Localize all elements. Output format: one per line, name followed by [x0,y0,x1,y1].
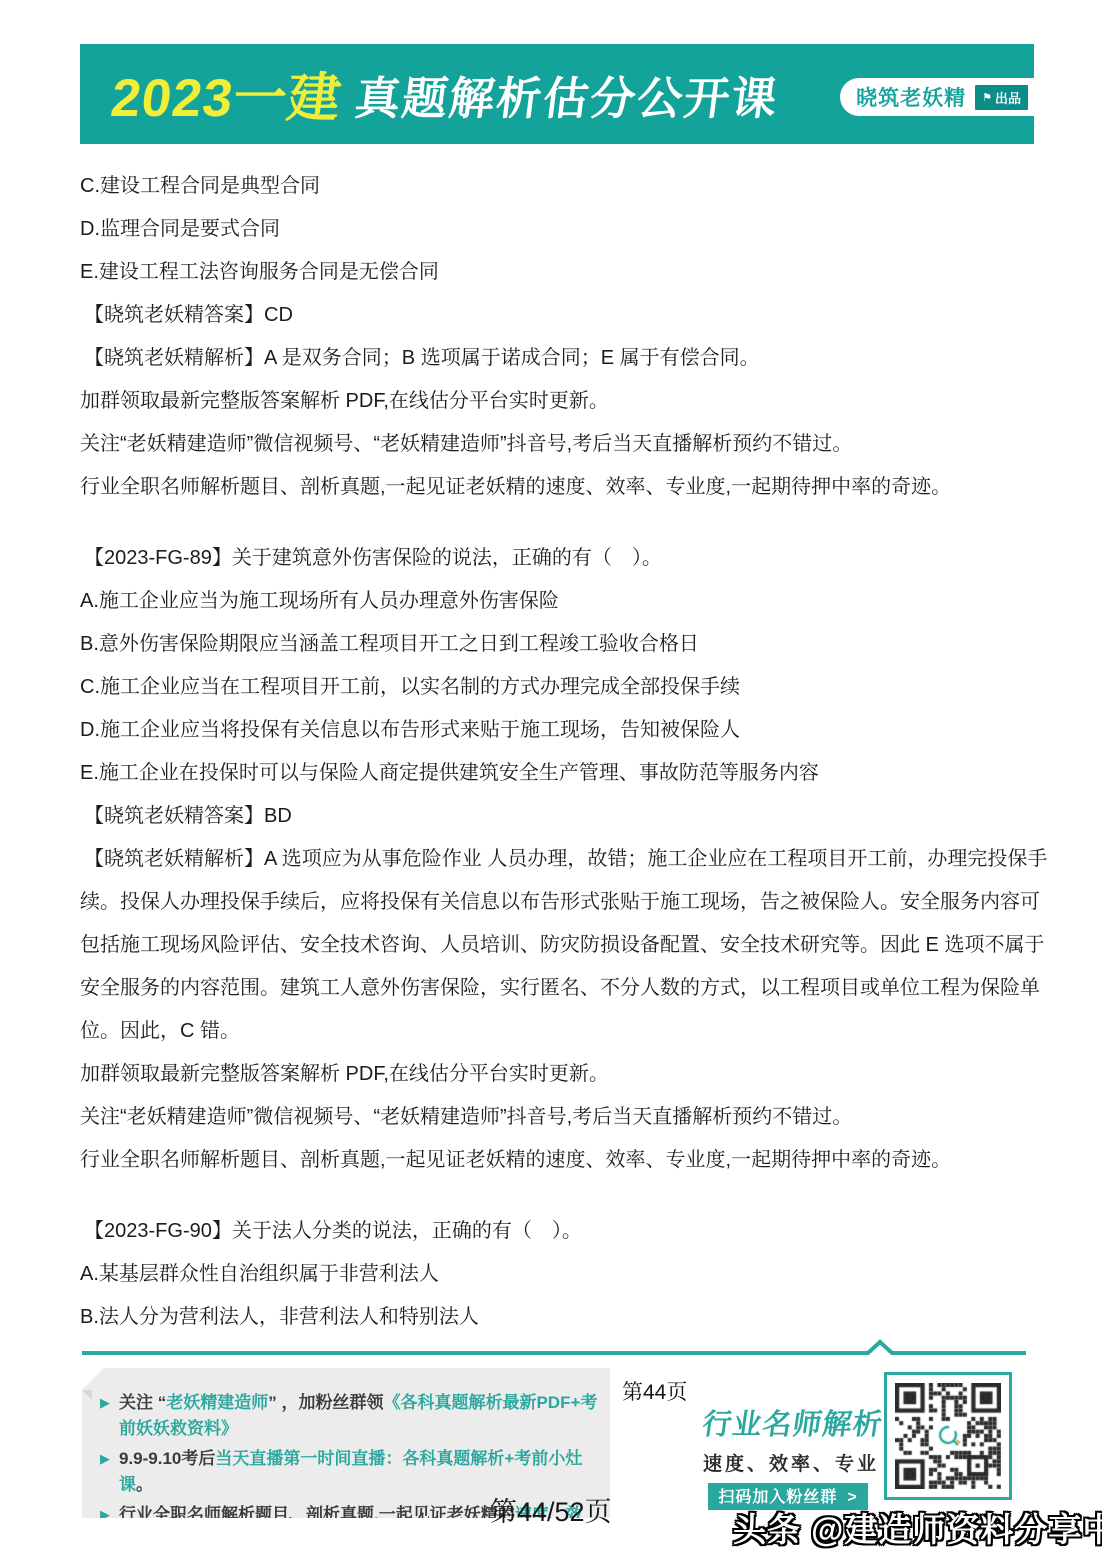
body-line: 关注“老妖精建造师”微信视频号、“老妖精建造师”抖音号,考后当天直播解析预约不错… [80,1096,1032,1139]
banner-title-text: 真题解析估分公开课 [352,62,783,127]
tip-item: ▶关注 “老妖精建造师” ，加粉丝群领《各科真题解析最新PDF+考前妖妖救资料》 [100,1390,600,1442]
qr-code-canvas [895,1383,1001,1489]
body-line: 【晓筑老妖精解析】A 是双务合同；B 选项属于诺成合同；E 属于有偿合同。 [80,337,1032,380]
page-number: 第44/52页 [490,1490,612,1529]
body-line: 【晓筑老妖精答案】CD [80,294,1032,337]
body-line: 安全服务的内容范围。建筑工人意外伤害保险，实行匿名、不分人数的方式，以工程项目或… [80,967,1032,1010]
body-line: E.建设工程工法咨询服务合同是无偿合同 [80,251,1032,294]
qr-code [884,1372,1012,1500]
body-line: 关注“老妖精建造师”微信视频号、“老妖精建造师”抖音号,考后当天直播解析预约不错… [80,423,1032,466]
body-line: B.意外伤害保险期限应当涵盖工程项目开工之日到工程竣工验收合格日 [80,623,1032,666]
promo-subtitle: 速度、效率、专业 [703,1449,873,1476]
brand-badge: ⚑ 出品 [975,85,1028,110]
brand-name: 晓筑老妖精 [856,82,966,112]
body-line: 行业全职名师解析题目、剖析真题,一起见证老妖精的速度、效率、专业度,一起期待押中… [80,466,1032,509]
watermark: 头条 @建造师资料分享中心 [733,1504,1102,1551]
body-line: 【晓筑老妖精答案】BD [80,795,1032,838]
header-banner: 2023一建 真题解析估分公开课 晓筑老妖精 ⚑ 出品 [80,44,1034,144]
document-body: C.建设工程合同是典型合同D.监理合同是要式合同E.建设工程工法咨询服务合同是无… [80,165,1032,1339]
body-line: C.建设工程合同是典型合同 [80,165,1032,208]
body-line: 【2023-FG-89】关于建筑意外伤害保险的说法，正确的有（ ）。 [80,537,1032,580]
bullet-icon: ▶ [100,1502,110,1528]
bullet-icon: ▶ [100,1390,110,1416]
brand-pill: 晓筑老妖精 ⚑ 出品 [840,78,1034,116]
section-divider [80,1338,1030,1360]
pennant-icon: ⚑ [982,91,992,104]
page-note: 第44页 [622,1376,687,1406]
tip-text: 关注 “老妖精建造师” ，加粉丝群领《各科真题解析最新PDF+考前妖妖救资料》 [119,1390,600,1442]
body-line: A.施工企业应当为施工现场所有人员办理意外伤害保险 [80,580,1032,623]
body-line: 加群领取最新完整版答案解析 PDF,在线估分平台实时更新。 [80,1053,1032,1096]
promo-title: 行业名师解析 [700,1402,876,1443]
body-line: A.某基层群众性自治组织属于非营利法人 [80,1253,1032,1296]
body-line: C.施工企业应当在工程项目开工前，以实名制的方式办理完成全部投保手续 [80,666,1032,709]
body-line: E.施工企业在投保时可以与保险人商定提供建筑安全生产管理、事故防范等服务内容 [80,752,1032,795]
body-line: D.施工企业应当将投保有关信息以布告形式来贴于施工现场，告知被保险人 [80,709,1032,752]
brand-badge-label: 出品 [995,88,1021,107]
banner-title-year: 2023一建 [107,56,346,132]
body-line: 加群领取最新完整版答案解析 PDF,在线估分平台实时更新。 [80,380,1032,423]
bullet-icon: ▶ [100,1446,110,1472]
body-line: 【2023-FG-90】关于法人分类的说法，正确的有（ ）。 [80,1210,1032,1253]
body-line: 行业全职名师解析题目、剖析真题,一起见证老妖精的速度、效率、专业度,一起期待押中… [80,1139,1032,1182]
body-line: 续。投保人办理投保手续后，应将投保有关信息以布告形式张贴于施工现场，告之被保险人… [80,881,1032,924]
body-line: D.监理合同是要式合同 [80,208,1032,251]
body-line: B.法人分为营利法人，非营利法人和特别法人 [80,1296,1032,1339]
body-line: 位。因此，C 错。 [80,1010,1032,1053]
body-line: 【晓筑老妖精解析】A 选项应为从事危险作业 人员办理，故错；施工企业应在工程项目… [80,838,1032,881]
body-line: 包括施工现场风险评估、安全技术咨询、人员培训、防灾防损设备配置、安全技术研究等。… [80,924,1032,967]
promo-block: 行业名师解析 速度、效率、专业 扫码加入粉丝群> [703,1402,873,1510]
